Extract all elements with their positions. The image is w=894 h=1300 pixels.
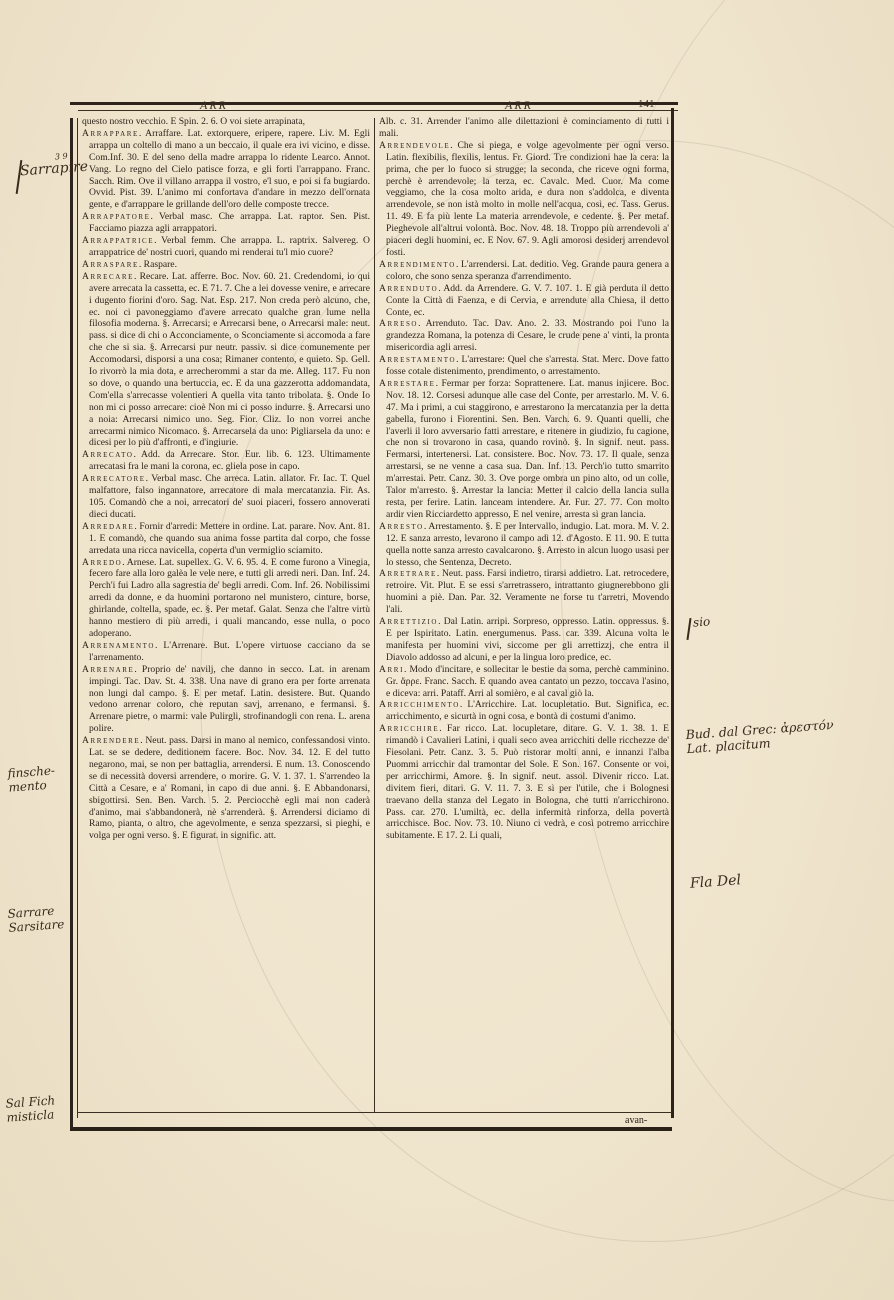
dictionary-entry: Arrendimento. L'arrendersi. Lat. deditio… — [379, 259, 669, 283]
entry-text: . Recare. Lat. afferre. Boc. Nov. 60. 21… — [89, 271, 370, 449]
dictionary-entry: Arrendevole. Che si piega, e volge agevo… — [379, 140, 669, 259]
dictionary-entry: Arredo. Arnese. Lat. supellex. G. V. 6. … — [82, 557, 370, 640]
dictionary-entry: Arraspare. Raspare. — [82, 259, 370, 271]
running-head-left: ARR — [200, 98, 228, 113]
dictionary-entry: Arrecare. Recare. Lat. afferre. Boc. Nov… — [82, 271, 370, 450]
page-number: 141 — [638, 98, 655, 110]
top-rule-inner — [78, 110, 678, 111]
entry-headword: Arraspare — [82, 259, 139, 270]
margin-note-left-1-sup: 3 9 — [55, 150, 69, 165]
margin-note-left-1: Sarrapire — [20, 160, 89, 179]
entry-text: . Far ricco. Lat. locupletare, ditare. G… — [386, 723, 669, 841]
dictionary-page: ARR ARR 141 questo nostro vecchio. E Spi… — [0, 0, 894, 1300]
entry-headword: Arricchimento — [379, 699, 460, 710]
dictionary-entry: Arrenamento. L'Arrenare. But. L'opere vi… — [82, 640, 370, 664]
entry-text: . Che si piega, e volge agevolmente per … — [386, 140, 669, 258]
entry-text: questo nostro vecchio. E Spin. 2. 6. O v… — [82, 116, 305, 127]
dictionary-entry: Arricchire. Far ricco. Lat. locupletare,… — [379, 723, 669, 842]
entry-headword: Arrendimento — [379, 259, 456, 270]
dictionary-entry: Arrenare. Proprio de' navilj, che danno … — [82, 664, 370, 735]
entry-headword: Arresto — [379, 521, 424, 532]
entry-headword: Arricchire — [379, 723, 439, 734]
entry-headword: Arredo — [82, 557, 122, 568]
margin-note-left-4: Sal Fich misticla — [5, 1093, 56, 1124]
entry-headword: Arrenduto — [379, 283, 438, 294]
continued-text: Alb. c. 31. Arrender l'animo alle dilett… — [379, 116, 669, 140]
entry-headword: Arrendere — [82, 735, 140, 746]
column-divider — [374, 118, 375, 1113]
entry-headword: Arrecatore — [82, 473, 146, 484]
dictionary-entry: Arrecatore. Verbal masc. Che arreca. Lat… — [82, 473, 370, 521]
entry-text: . Arnese. Lat. supellex. G. V. 6. 95. 4.… — [89, 557, 370, 639]
dictionary-entry: Arreso. Arrenduto. Tac. Dav. Ano. 2. 33.… — [379, 318, 669, 354]
entry-text: . Neut. pass. Darsi in mano al nemico, c… — [89, 735, 370, 841]
entry-text: . Arraffare. Lat. extorquere, eripere, r… — [89, 128, 370, 210]
entry-headword: Arrappare — [82, 128, 139, 139]
dictionary-entry: Arrecato. Add. da Arrecare. Stor. Eur. l… — [82, 449, 370, 473]
running-head-right: ARR — [505, 98, 533, 113]
entry-text: . Modo d'incitare, e sollecitar le besti… — [386, 664, 669, 699]
dictionary-entry: Arrendere. Neut. pass. Darsi in mano al … — [82, 735, 370, 842]
dictionary-entry: Arredare. Fornir d'arredi: Mettere in or… — [82, 521, 370, 557]
dictionary-entry: Arrappare. Arraffare. Lat. extorquere, e… — [82, 128, 370, 211]
margin-note-left-3: Sarrare Sarsitare — [7, 903, 65, 935]
entry-headword: Arrestamento — [379, 354, 456, 365]
left-inner-rule — [77, 118, 78, 1118]
entry-headword: Arrettizio — [379, 616, 438, 627]
dictionary-entry: Arrettizio. Dal Latin. arripi. Sorpreso,… — [379, 616, 669, 664]
margin-note-right-1: sio — [693, 614, 711, 629]
dictionary-entry: Arrestamento. L'arrestare: Quel che s'ar… — [379, 354, 669, 378]
dictionary-entry: Arretrare. Neut. pass. Farsi indietro, t… — [379, 568, 669, 616]
bottom-inner-rule — [78, 1112, 672, 1113]
dictionary-entry: Arresto. Arrestamento. §. E per Interval… — [379, 521, 669, 569]
entry-headword: Arrecato — [82, 449, 134, 460]
dictionary-entry: Arricchimento. L'Arricchire. Lat. locupl… — [379, 699, 669, 723]
entry-headword: Arri — [379, 664, 404, 675]
bottom-rule — [70, 1127, 672, 1131]
entry-text: . Arrestamento. §. E per Intervallo, ind… — [386, 521, 669, 568]
entry-text: . Arrenduto. Tac. Dav. Ano. 2. 33. Mostr… — [386, 318, 669, 353]
dictionary-entry: Arri. Modo d'incitare, e sollecitar le b… — [379, 664, 669, 700]
dictionary-entry: Arrenduto. Add. da Arrendere. G. V. 7. 1… — [379, 283, 669, 319]
right-border-rule — [671, 108, 674, 1118]
margin-note-right-3: Fla Del — [690, 873, 742, 891]
entry-headword: Arrappatore — [82, 211, 151, 222]
dictionary-entry: Arrappatrice. Verbal femm. Che arrappa. … — [82, 235, 370, 259]
catchword: avan- — [625, 1115, 647, 1126]
margin-note-left-2: finsche- mento — [7, 763, 56, 794]
right-column: Alb. c. 31. Arrender l'animo alle dilett… — [379, 116, 669, 842]
entry-headword: Arrendevole — [379, 140, 450, 151]
dictionary-entry: Arrappatore. Verbal masc. Che arrappa. L… — [82, 211, 370, 235]
entry-headword: Arrestare — [379, 378, 436, 389]
top-rule — [70, 102, 678, 105]
entry-text: . Fermar per forza: Soprattenere. Lat. m… — [386, 378, 669, 520]
continued-text: questo nostro vecchio. E Spin. 2. 6. O v… — [82, 116, 370, 128]
entry-headword: Arrenare — [82, 664, 134, 675]
left-column: questo nostro vecchio. E Spin. 2. 6. O v… — [82, 116, 370, 842]
entry-headword: Arrecare — [82, 271, 134, 282]
entry-headword: Arrappatrice — [82, 235, 154, 246]
entry-headword: Arretrare — [379, 568, 437, 579]
entry-headword: Arreso — [379, 318, 418, 329]
entry-text: Alb. c. 31. Arrender l'animo alle dilett… — [379, 116, 669, 139]
dictionary-entry: Arrestare. Fermar per forza: Soprattener… — [379, 378, 669, 521]
left-border-rule — [70, 118, 73, 1128]
entry-headword: Arredare — [82, 521, 134, 532]
entry-text: . Raspare. — [139, 259, 177, 270]
entry-headword: Arrenamento — [82, 640, 155, 651]
